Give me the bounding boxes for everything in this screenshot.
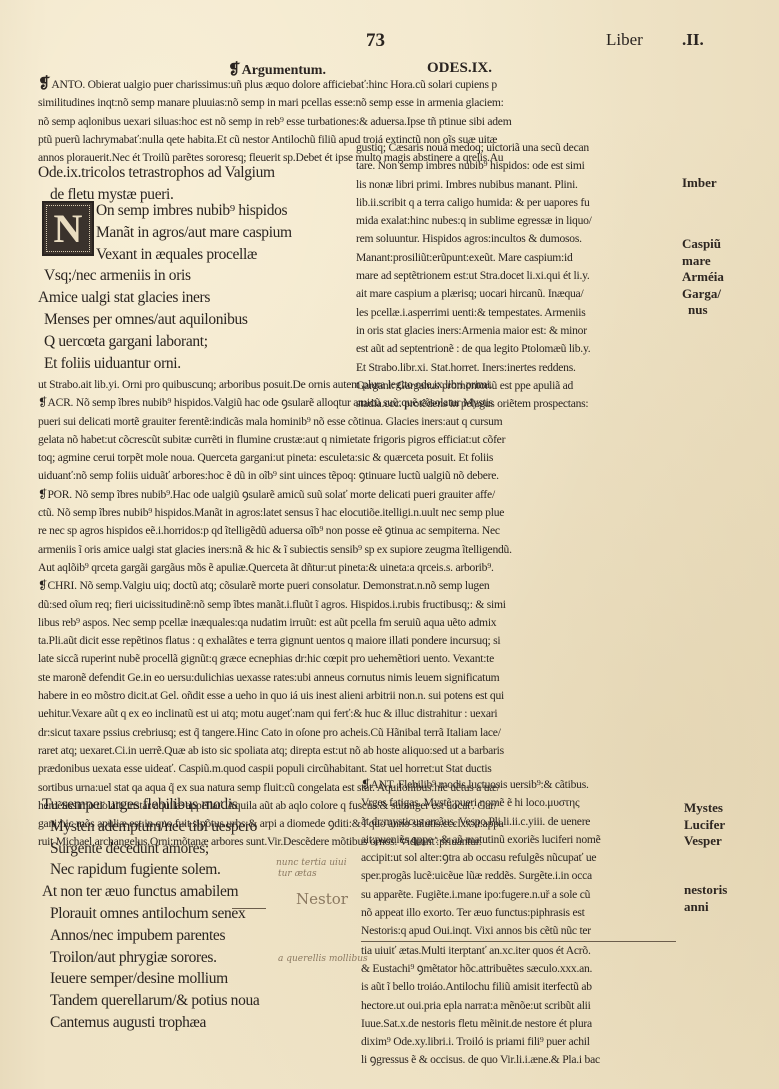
commentary-line: nõ appeat illo exorto. Ter æuo functus:p… xyxy=(361,904,676,922)
argument-line: nõ semp aqlonibus uexari siluas:hoc est … xyxy=(38,113,718,131)
pilcrow-icon: ❡ xyxy=(38,76,50,92)
commentary-line: ctũ. Nõ semp ĩbres nubib⁹ hispidos.Manãt… xyxy=(38,504,718,522)
marginal-notes-mystes: Mystes Lucifer Vesper xyxy=(684,800,725,850)
commentary-line: libus reb⁹ aspos. Nec semp pcellæ inæqua… xyxy=(38,614,718,632)
poem-line: Annos/nec impubem parentes xyxy=(42,925,259,947)
poem-line: Amice ualgi stat glacies iners xyxy=(38,287,292,309)
poem-line: Et foliis uiduantur orni. xyxy=(38,353,292,375)
poem-line: At non ter æuo functus amabilem xyxy=(42,881,259,903)
commentary-line: les pcellæ.i.asperrimi uenti:& tempestat… xyxy=(356,304,676,322)
commentary-line: lis nonæ libri primi. Imbres nubibus man… xyxy=(356,176,676,194)
poem-line: Cantemus augusti trophæa xyxy=(42,1012,259,1034)
poem-stanza-2: Tu semper urges flebilibus modis Mysten … xyxy=(42,794,259,1034)
commentary-line: ❡ANT. Flebilib⁹ modis.luctuosis uersib⁹:… xyxy=(361,776,676,794)
commentary-line: ta.Pli.aũt dicit esse repẽtinos flatus :… xyxy=(38,632,718,650)
commentary-line: tia uiuiť ætas.Multi iterptanť an.xc.ite… xyxy=(361,942,676,960)
commentary-line: tare. Non semp imbres nubib⁹ hispidos: o… xyxy=(356,157,676,175)
commentary-line: sper.progãs lucẽ:uicẽue lũæ reddẽs. Surg… xyxy=(361,867,676,885)
commentary-line: ste maronẽ defendit Ge.in eo uersu:dulic… xyxy=(38,669,718,687)
handwritten-note-nestor: Nestor xyxy=(296,890,348,908)
commentary-line: habere in eo mõstro dicit.at Gel. oñdit … xyxy=(38,687,718,705)
commentary-line: late siccã ruperint nubẽ procellã gignũt… xyxy=(38,650,718,668)
poem-line: Menses per omnes/aut aquilonibus xyxy=(38,309,292,331)
commentary-line: uiduanť:nõ semp foliis uiduãť arbores:ho… xyxy=(38,467,718,485)
commentary-line: is aũt ĩ bello troiáo.Antilochu filiũ am… xyxy=(361,978,676,996)
poem-line: Plorauit omnes antilochum senex xyxy=(42,903,259,925)
commentary-line: Vrges fatigas. Mystẽ:pueri nomẽ ẽ hi loc… xyxy=(361,794,676,812)
commentary-line: su apparẽte. Fugiẽte.i.mane ipo:fugere.n… xyxy=(361,886,676,904)
commentary-line: & Eustachi⁹ ꝯmẽtator hõc.attribuẽtes sæc… xyxy=(361,960,676,978)
poem-line: Nec rapidum fugiente solem. xyxy=(42,859,259,881)
poem-line: Surgente decedunt amores; xyxy=(42,838,259,860)
marginal-note-imber: Imber xyxy=(682,175,717,192)
poem-line: Ieuere semper/desine mollium xyxy=(42,968,259,990)
commentary-line: ❡CHRI. Nõ semp.Valgiu uiq; doctũ atq; cõ… xyxy=(38,577,718,595)
ode-heading-line: Ode.ix.tricolos tetrastrophos ad Valgium xyxy=(38,162,275,184)
commentary-line: mida exalat:hinc nubes:q in sublime egre… xyxy=(356,212,676,230)
running-head: Liber xyxy=(606,30,643,50)
argument-line: ❡ANTO. Obierat ualgio puer charissimus:u… xyxy=(38,75,718,94)
commentary-line: dixim⁹ Ode.xy.libri.i. Troiló is priami … xyxy=(361,1033,676,1051)
poem-stanza-1: On semp imbres nubib⁹ hispidos Manãt in … xyxy=(38,200,292,374)
commentary-line: toq; agmine cerui torpẽt mole noua. Quer… xyxy=(38,449,718,467)
commentary-line: ait:pueniẽs qppe : & añ matutinũ exoriẽs… xyxy=(361,831,676,849)
commentary-line: ❡POR. Nõ semp ĩbres nubib⁹.Hac ode ualgi… xyxy=(38,486,718,504)
commentary-line: Nestoris:q apud Oui.inqt. Vixi annos bis… xyxy=(361,922,676,941)
commentary-line: ãt dr:mysticus arcãus. Vespo.Pli.li.ii.c… xyxy=(361,813,676,831)
underline-mark xyxy=(232,908,266,909)
book-number: .II. xyxy=(682,30,704,50)
commentary-line: re nec sp agros hispidos eẽ.i.horridos:p… xyxy=(38,522,718,540)
poem-line: Vexant in æquales procellæ xyxy=(38,244,292,266)
commentary-line: Et Strabo.libr.xi. Stat.horret. Iners:in… xyxy=(356,359,676,377)
commentary-line: ait mare caspium a plærisq; uocari hirca… xyxy=(356,285,676,303)
commentary-line: gustiq; Cæsaris nouã medoq; uictoriã una… xyxy=(356,139,676,157)
marginal-notes-nestoris: nestoris anni xyxy=(684,882,727,915)
commentary-line: rem soluuntur. Hispidos agros:incultos &… xyxy=(356,230,676,248)
commentary-line: Aut aqlõib⁹ qrceta gargãi gargãus mõs ẽ … xyxy=(38,559,718,577)
commentary-line: est aũt ad septentrionẽ : de qua legito … xyxy=(356,340,676,358)
commentary-line: Iuue.Sat.x.de nestoris fletu mẽinit.de n… xyxy=(361,1015,676,1033)
poem-line: On semp imbres nubib⁹ hispidos xyxy=(38,200,292,222)
commentary-line: mare ad septẽtrionem est:ut Stra.docet l… xyxy=(356,267,676,285)
commentary-line: ut Strabo.ait lib.yi. Orni pro quibuscun… xyxy=(38,376,718,394)
commentary-column-lower: ❡ANT. Flebilib⁹ modis.luctuosis uersib⁹:… xyxy=(361,776,676,1070)
handwritten-note-aetas: nunc tertia uiui tur ætas xyxy=(276,858,347,880)
commentary-line: hectore.ut oui.pria epla narrat:a mẽnõe:… xyxy=(361,997,676,1015)
commentary-line: uehitur.Vexare aũt q ex eo inclinatũ est… xyxy=(38,705,718,723)
handwritten-note-querellis: a querellis mollibus xyxy=(278,954,368,964)
commentary-line: li ꝯgressus ẽ & occisus. de quo Vir.li.i… xyxy=(361,1051,676,1069)
poem-line: Manãt in agros/aut mare caspium xyxy=(38,222,292,244)
commentary-line: gelata nõ habet:ut cõcrescũt subitæ curr… xyxy=(38,431,718,449)
commentary-line: Manant:prosiliũt:erũpunt:exeũt. Mare cas… xyxy=(356,249,676,267)
folio-number: 73 xyxy=(366,30,385,52)
commentary-line: armeniis ĩ oris amice ualgi stat glacies… xyxy=(38,541,718,559)
poem-line: Vsq;/nec armeniis in oris xyxy=(38,265,292,287)
commentary-line: raret atq; uexaret.Ci.in uerrẽ.Quæ ab is… xyxy=(38,742,718,760)
poem-line: Mysten ademptum/nec tibi uespero xyxy=(42,816,259,838)
commentary-line: accipit:ut sol alter:ꝯtra ab occasu refu… xyxy=(361,849,676,867)
argument-line: similitudines inqt:nõ semp manare pluuia… xyxy=(38,94,718,112)
commentary-line: dr:sicut taxare pssius crebriusq; est q̃… xyxy=(38,724,718,742)
book-page: 73 Liber .II. ❡Argumentum. ODES.IX. ❡ANT… xyxy=(0,0,779,1089)
commentary-column-upper: gustiq; Cæsaris nouã medoq; uictoriã una… xyxy=(356,139,676,413)
poem-line: Tandem querellarum/& potius noua xyxy=(42,990,259,1012)
commentary-line: in oris stat glacies iners:Armenia maior… xyxy=(356,322,676,340)
commentary-line: dũ:sed oĩum req; fieri uicissitudinẽ:nõ … xyxy=(38,596,718,614)
poem-line: Tu semper urges flebilibus modis xyxy=(42,794,259,816)
commentary-line: pueri sui delicati mortẽ grauiter ferent… xyxy=(38,413,718,431)
commentary-line: ❡ACR. Nõ semp ĩbres nubib⁹ hispidos.Valg… xyxy=(38,394,718,412)
commentary-line: lib.ii.scribit q a terra caligo humida: … xyxy=(356,194,676,212)
marginal-notes-caspium: Caspiũ mare Arméia Garga/ nus xyxy=(682,236,724,319)
poem-line: Troilon/aut phrygiæ sorores. xyxy=(42,947,259,969)
poem-line: Q uercœta gargani laborant; xyxy=(38,331,292,353)
